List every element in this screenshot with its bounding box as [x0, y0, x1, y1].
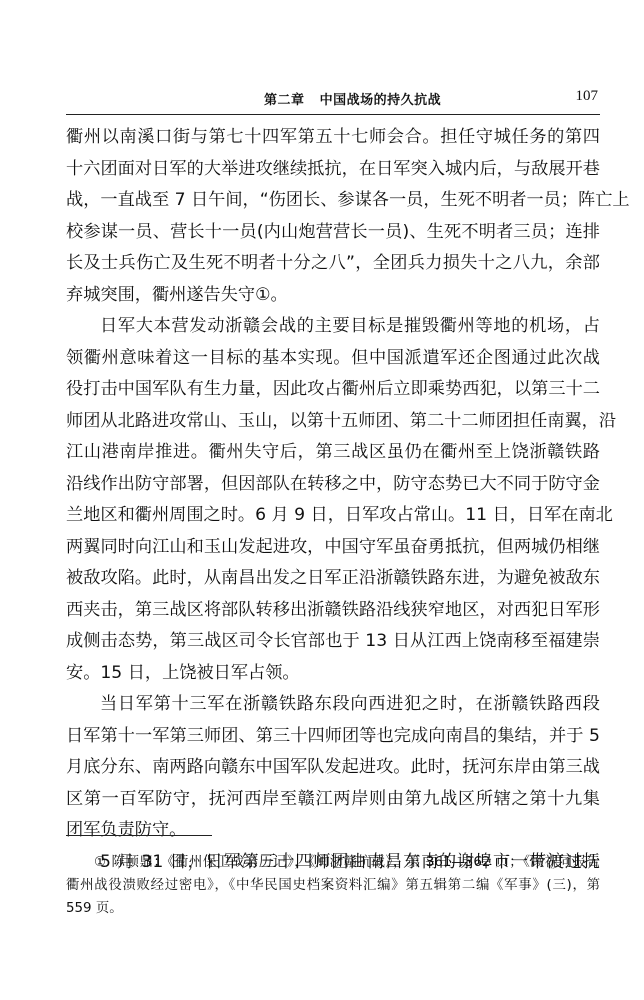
text-line: 西夹击，第三战区将部队转移出浙赣铁路沿线狭窄地区，对西犯日军形 [66, 595, 600, 627]
footnote-line: ① 陈颐鼎：《衢州保卫战亲历记》，《闽浙赣抗战》，第 361—362 页；《顾祝… [66, 851, 600, 874]
text-line: 成侧击态势，第三战区司令长官部也于 13 日从江西上饶南移至福建崇 [66, 626, 600, 658]
text-line: 团军负责防守。 [66, 815, 600, 847]
text-line: 长及士兵伤亡及生死不明者十分之八”，全团兵力损失十之八九，余部 [66, 248, 600, 280]
page-number: 107 [576, 88, 599, 105]
book-page: 第二章 中国战场的持久抗战 107 衢州以南溪口街与第七十四军第五十七师会合。担… [0, 0, 644, 1000]
text-line: 区第一百军防守，抚河西岸至赣江两岸则由第九战区所辖之第十九集 [66, 784, 600, 816]
header-rule [66, 114, 600, 115]
running-header: 第二章 中国战场的持久抗战 107 [66, 88, 600, 110]
text-line: 战，一直战至 7 日午间，“伤团长、参谋各一员，生死不明者一员；阵亡上 [66, 185, 600, 217]
body-text: 衢州以南溪口街与第七十四军第五十七师会合。担任守城任务的第四 十六团面对日军的大… [66, 122, 600, 878]
text-line: 师团从北路进攻常山、玉山，以第十五师团、第二十二师团担任南翼，沿 [66, 406, 600, 438]
text-line: 衢州以南溪口街与第七十四军第五十七师会合。担任守城任务的第四 [66, 122, 600, 154]
text-line: 校参谋一员、营长十一员(内山炮营营长一员)、生死不明者三员；连排 [66, 217, 600, 249]
text-line: 被敌攻陷。此时，从南昌出发之日军正沿浙赣铁路东进，为避免被敌东 [66, 563, 600, 595]
footnote-line: 衢州战役溃败经过密电》，《中华民国史档案资料汇编》第五辑第二编《军事》(三)，第 [66, 874, 600, 897]
text-line: 日军第十一军第三师团、第三十四师团等也完成向南昌的集结，并于 5 [66, 721, 600, 753]
text-line: 当日军第十三军在浙赣铁路东段向西进犯之时，在浙赣铁路西段 [66, 689, 600, 721]
footnote: ① 陈颐鼎：《衢州保卫战亲历记》，《闽浙赣抗战》，第 361—362 页；《顾祝… [66, 851, 600, 920]
text-line: 十六团面对日军的大举进攻继续抵抗，在日军突入城内后，与敌展开巷 [66, 154, 600, 186]
text-line: 安。15 日，上饶被日军占领。 [66, 658, 600, 690]
chapter-title: 第二章 中国战场的持久抗战 [264, 89, 441, 108]
text-line: 两翼同时向江山和玉山发起进攻，中国守军虽奋勇抵抗，但两城仍相继 [66, 532, 600, 564]
text-line: 月底分东、南两路向赣东中国军队发起进攻。此时，抚河东岸由第三战 [66, 752, 600, 784]
text-line: 江山港南岸推进。衢州失守后，第三战区虽仍在衢州至上饶浙赣铁路 [66, 437, 600, 469]
text-line: 沿线作出防守部署，但因部队在转移之中，防守态势已大不同于防守金 [66, 469, 600, 501]
footnote-rule [66, 835, 212, 836]
text-line: 日军大本营发动浙赣会战的主要目标是摧毁衢州等地的机场，占 [66, 311, 600, 343]
text-line: 弃城突围，衢州遂告失守①。 [66, 280, 600, 312]
text-line: 兰地区和衢州周围之时。6 月 9 日，日军攻占常山。11 日，日军在南北 [66, 500, 600, 532]
text-line: 役打击中国军队有生力量，因此攻占衢州后立即乘势西犯，以第三十二 [66, 374, 600, 406]
footnote-line: 559 页。 [66, 897, 600, 920]
text-line: 领衢州意味着这一目标的基本实现。但中国派遣军还企图通过此次战 [66, 343, 600, 375]
